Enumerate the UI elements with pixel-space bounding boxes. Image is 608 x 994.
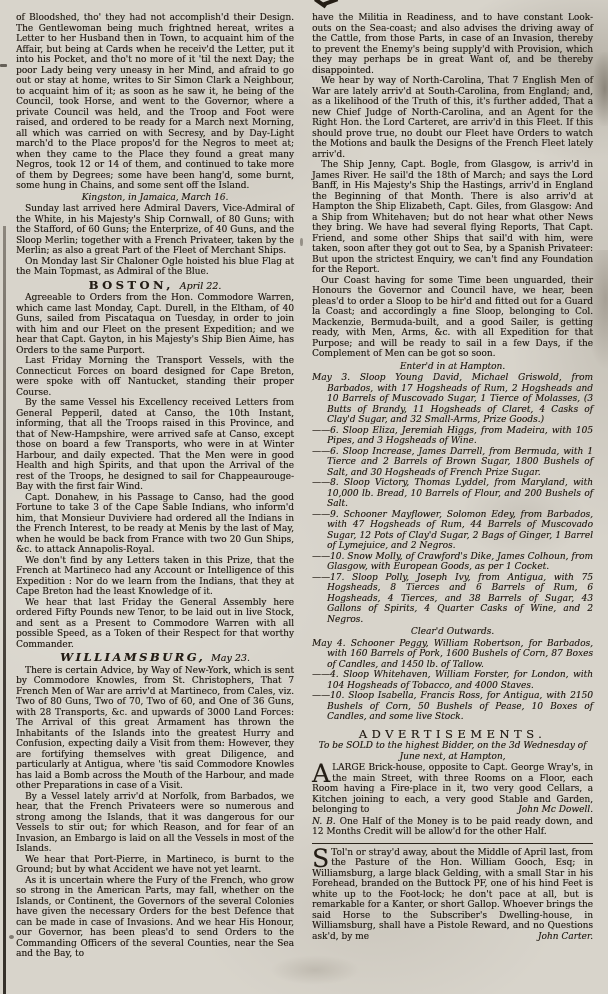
paper-smudge [270, 955, 360, 985]
boston-paragraph: By the same Vessel his Excellency receiv… [16, 398, 294, 493]
house-sale-intro: To be SOLD to the highest Bidder, on the… [312, 741, 593, 762]
ink-speck [300, 238, 303, 246]
news-paragraph: We hear by way of North-Carolina, That 7… [312, 76, 593, 160]
dateline-kingston: Kingston, in Jamaica, March 16. [16, 193, 294, 204]
advertisement-divider [312, 843, 593, 844]
ink-speck [9, 935, 14, 939]
ship-entry: May 3. Sloop Young David, Michael Griswo… [312, 373, 593, 426]
ship-entry: ——9. Schooner Mayflower, Solomon Edey, f… [312, 510, 593, 552]
left-column: of Bloodshed, tho' they had not accompli… [16, 13, 294, 960]
williamsburg-paragraph: There is certain Advice, by Way of New-Y… [16, 666, 294, 792]
williamsburg-paragraph: As it is uncertain where the Fury of the… [16, 876, 294, 960]
kingston-paragraph: On Monday last Sir Chaloner Ogle hoisted… [16, 257, 294, 278]
williamsburg-paragraph: We hear that Port-Pierre, in Martineco, … [16, 855, 294, 876]
cleared-outwards-heading: Clear'd Outwards. [312, 627, 593, 638]
ship-entry: ——6. Sloop Increase, James Darrell, from… [312, 447, 593, 479]
williamsburg-date-label: May 23. [211, 653, 250, 664]
boston-paragraph: Agreeable to Orders from the Hon. Commod… [16, 293, 294, 356]
boston-city-label: BOSTON, [89, 278, 174, 292]
news-continuation-paragraph: have the Militia in Readiness, and to ha… [312, 13, 593, 76]
right-column: have the Militia in Readiness, and to ha… [312, 13, 593, 942]
house-sale-note: N. B. One Half of the Money is to be pai… [312, 817, 593, 838]
boston-paragraph: We don't find by any Letters taken in th… [16, 556, 294, 598]
williamsburg-paragraph: By a Vessel lately arriv'd at Norfolk, f… [16, 792, 294, 855]
ship-entry: ——10. Snow Molly, of Crawford's Dike, Ja… [312, 552, 593, 573]
news-continuation-paragraph: of Bloodshed, tho' they had not accompli… [16, 13, 294, 192]
advertisements-heading: ADVERTISEMENTS. [312, 729, 593, 740]
stray-horse-text: Tol'n or stray'd away, about the Middle … [312, 848, 593, 942]
kingston-paragraph: Sunday last arrived here Admiral Davers,… [16, 204, 294, 257]
ship-entry: ——17. Sloop Polly, Joseph Ivy, from Anti… [312, 573, 593, 626]
paper-smudge [592, 52, 608, 126]
ship-entry: ——6. Sloop Eliza, Jeremiah Higgs, from M… [312, 426, 593, 447]
house-sale-body: A LARGE Brick-house, opposite to Capt. G… [312, 763, 593, 816]
house-sale-signature: John Mc Dowell. [518, 805, 593, 816]
nota-bene-label: N. B. [312, 817, 336, 827]
boston-paragraph: Last Friday Morning the Transport Vessel… [16, 356, 294, 398]
ship-clearance: May 4. Schooner Peggy, William Robertson… [312, 639, 593, 671]
scan-binding-edge [3, 226, 6, 994]
ship-clearance: ——10. Sloop Isabella, Francis Ross, for … [312, 691, 593, 723]
boston-paragraph: Capt. Donahew, in his Passage to Canso, … [16, 493, 294, 556]
stray-horse-body: S Tol'n or stray'd away, about the Middl… [312, 848, 593, 943]
nota-bene-text: One Half of the Money is to be paid read… [312, 817, 593, 838]
williamsburg-city-label: WILLIAMSBURG, [60, 650, 205, 664]
ink-mark [322, 0, 338, 7]
newspaper-page: of Bloodshed, tho' they had not accompli… [0, 0, 608, 994]
scan-edge-mark [0, 64, 7, 67]
entered-in-heading: Enter'd in at Hampton. [312, 362, 593, 373]
drop-cap-a: A [312, 763, 332, 784]
news-paragraph: The Ship Jenny, Capt. Bogle, from Glasgo… [312, 160, 593, 276]
boston-paragraph: We hear that last Friday the General Ass… [16, 598, 294, 651]
dateline-boston: BOSTON, April 22. [16, 280, 294, 293]
boston-date-label: April 22. [180, 281, 222, 292]
dateline-williamsburg: WILLIAMSBURG, May 23. [16, 652, 294, 665]
stray-horse-signature: John Carter. [538, 932, 593, 943]
ship-clearance: ——4. Sloop Whitehaven, William Forster, … [312, 670, 593, 691]
news-paragraph: Our Coast having for some Time been ungu… [312, 276, 593, 360]
ship-entry: ——8. Sloop Victory, Thomas Lyddel, from … [312, 478, 593, 510]
drop-cap-s: S [312, 848, 331, 869]
